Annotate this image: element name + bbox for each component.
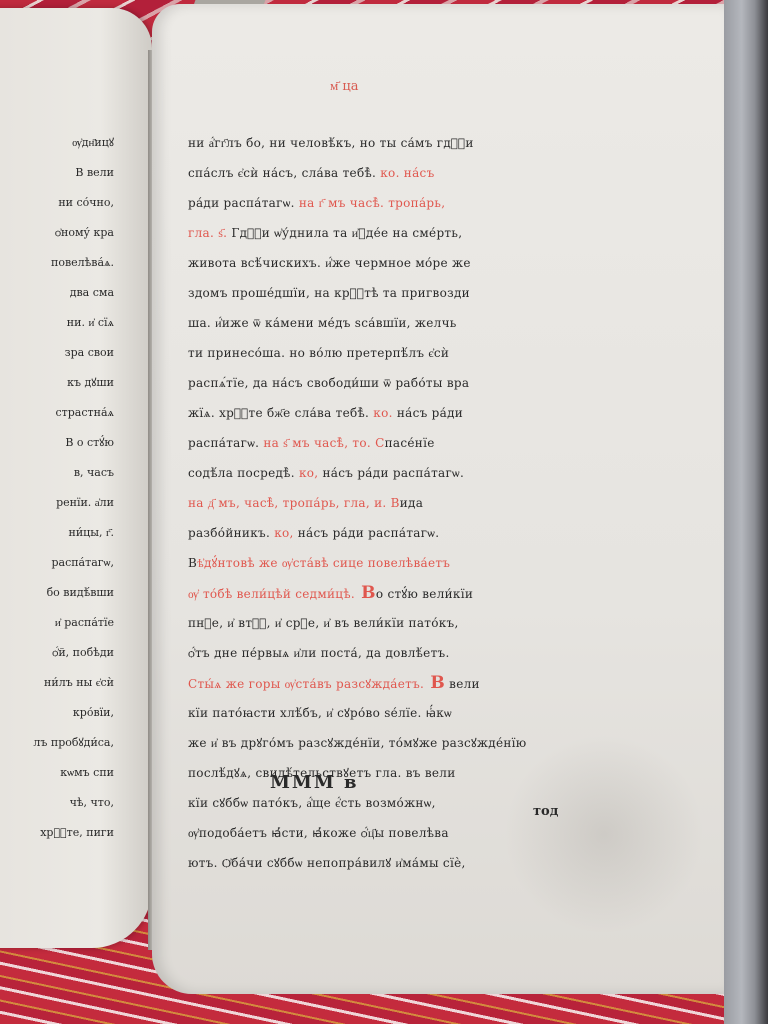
rubric-segment: ко,	[270, 526, 294, 540]
text-line: ѹ҆подоба́етъ ꙗ҆́сти, ꙗ҆́коже ѻ҆́ц҃ы пове…	[188, 818, 533, 848]
text-line: ни а҆́гг҃лъ бо, ни человѣ́къ, но ты са́м…	[188, 128, 533, 158]
text-line: ѻ҆́тъ дне пе́рвыѧ и҆ли поста́, да довлѣ́…	[188, 638, 533, 668]
rubric-segment: В	[424, 673, 445, 693]
right-page-text: ни а҆́гг҃лъ бо, ни человѣ́къ, но ты са́м…	[188, 128, 533, 878]
text-segment: на́съ ра́ди	[393, 406, 463, 420]
folio-number: м҃ ца	[330, 78, 358, 94]
text-segment: ѻ҆́тъ дне пе́рвыѧ и҆ли поста́, да довлѣ́…	[188, 646, 450, 660]
text-segment: пнⷣе, и҆ втⷪ҇, и҆ срⷣе, и҆ въ вели́кїи п…	[188, 616, 459, 630]
text-segment: кїи пато́ꙗсти хлѣ́бъ, и҆ сꙋро́во ѕе́лїе.…	[188, 706, 452, 720]
text-line: гла. ѕ҃. Гдⷭ҇и ѡ҆у́днила та и҆ꙋде́е на с…	[188, 218, 533, 248]
text-line: Вѣ҆дꙋ́нтовѣ же ѹ҆ста́вѣ сице повелѣва́ет…	[188, 548, 533, 578]
text-line: ютъ. Ѻ҆ба́чи сꙋббѡ непопра́вилꙋ и҆ма́мы …	[188, 848, 533, 878]
text-segment: здомъ проше́дшїи, на крⷭ҇тѣ та пригвозди	[188, 286, 470, 300]
text-line: ѻ҆ному́ кра	[0, 218, 140, 248]
text-line: послѣ́дꙋѧ, свидѣ́тельствꙋетъ гла. въ вел…	[188, 758, 533, 788]
text-line: повелѣва́ѧ.	[0, 248, 140, 278]
rubric-segment: на г҃ мъ часѣ̀. тропа́рь,	[295, 196, 446, 210]
text-segment: пасе́нїе	[385, 436, 435, 450]
text-segment: спа́слъ є҆сѝ на́съ, сла́ва тебѣ̀.	[188, 166, 376, 180]
text-line: ѹ҆ то́бѣ вели́цѣй седми́цѣ. Во стꙋ́ю вел…	[188, 578, 533, 608]
text-line: распа́тагѡ,	[0, 548, 140, 578]
text-line: ни́лъ ны є҆сѝ	[0, 668, 140, 698]
text-segment: ютъ. Ѻ҆ба́чи сꙋббѡ непопра́вилꙋ и҆ма́мы …	[188, 856, 466, 870]
text-segment: распѧ́тїе, да на́съ свободи́ши ѿ рабо́ты…	[188, 376, 469, 390]
text-line: на д҃ мъ, часѣ̀, тропа́рь, гла, и. Вида	[188, 488, 533, 518]
text-segment: же и҆ въ дрꙋго́мъ разсꙋжде́нїи, то́мꙋже …	[188, 736, 527, 750]
rubric-segment: ѹ҆ то́бѣ вели́цѣй седми́цѣ.	[188, 587, 355, 601]
text-line: здомъ проше́дшїи, на крⷭ҇тѣ та пригвозди	[188, 278, 533, 308]
rubric-segment: В	[355, 583, 376, 603]
rubric-segment: на д҃ мъ, часѣ̀, тропа́рь, гла, и. В	[188, 496, 400, 510]
book-page-edges	[724, 0, 768, 1024]
rubric-segment: Сты́ѧ же горы ѹ҆ста́въ разсꙋжда́етъ.	[188, 677, 424, 691]
text-line: ра́ди распа́тагѡ. на г҃ мъ часѣ̀. тропа́…	[188, 188, 533, 218]
text-segment: вели	[445, 677, 480, 691]
text-segment: ша. и҆́иже ѿ ка́мени ме́дъ ѕса́вшїи, жел…	[188, 316, 457, 330]
text-line: в, часъ	[0, 458, 140, 488]
rubric-segment: ѣ҆дꙋ́нтовѣ же ѹ҆ста́вѣ сице повелѣва́етъ	[197, 556, 450, 570]
text-line: же и҆ въ дрꙋго́мъ разсꙋжде́нїи, то́мꙋже …	[188, 728, 533, 758]
text-segment: жїѧ. хрⷭ҇те бж҃е сла́ва тебѣ̀.	[188, 406, 369, 420]
text-segment: Гдⷭ҇и ѡ҆у́днила та и҆ꙋде́е на сме́рть,	[227, 226, 462, 240]
text-segment: ѹ҆подоба́етъ ꙗ҆́сти, ꙗ҆́коже ѻ҆́ц҃ы пове…	[188, 826, 449, 840]
text-segment: на́съ ра́ди распа́тагѡ.	[318, 466, 464, 480]
text-line: ни́цы, г҃.	[0, 518, 140, 548]
text-line: В вели	[0, 158, 140, 188]
text-line: страстна́ѧ	[0, 398, 140, 428]
text-segment: ти принесо́ша. но во́лю претерпѣ́лъ є҆сѝ	[188, 346, 449, 360]
text-segment: ида	[400, 496, 423, 510]
text-segment: на́съ ра́ди распа́тагѡ.	[294, 526, 440, 540]
text-line: распа́тагѡ. на ѕ҃ мъ часѣ̀, то. Спасе́нї…	[188, 428, 533, 458]
left-page-text: ѹ҆дн҃ицꙋВ велини со́чно,ѻ҆ному́ краповел…	[0, 128, 140, 848]
text-line: ѹ҆дн҃ицꙋ	[0, 128, 140, 158]
rubric-segment: на ѕ҃ мъ часѣ̀, то. С	[259, 436, 384, 450]
text-line: хрⷭ҇те, пиги	[0, 818, 140, 848]
text-line: два сма	[0, 278, 140, 308]
left-page: ѹ҆дн҃ицꙋВ велини со́чно,ѻ҆ному́ краповел…	[0, 8, 152, 948]
text-line: лъ пробꙋди́са,	[0, 728, 140, 758]
text-line: живота всѣ́чискихъ. и҆́же чермное мо́ре …	[188, 248, 533, 278]
text-line: распѧ́тїе, да на́съ свободи́ши ѿ рабо́ты…	[188, 368, 533, 398]
text-line: ни со́чно,	[0, 188, 140, 218]
text-line: къ дꙋши	[0, 368, 140, 398]
signature-mark: ММM в	[270, 772, 359, 793]
text-line: бо видѣ́вши	[0, 578, 140, 608]
text-segment: ра́ди распа́тагѡ.	[188, 196, 295, 210]
text-segment: В	[188, 556, 197, 570]
text-line: кѡмъ спи	[0, 758, 140, 788]
text-segment: ни а҆́гг҃лъ бо, ни человѣ́къ, но ты са́м…	[188, 136, 474, 150]
text-segment: живота всѣ́чискихъ. и҆́же чермное мо́ре …	[188, 256, 471, 270]
text-line: кїи пато́ꙗсти хлѣ́бъ, и҆ сꙋро́во ѕе́лїе.…	[188, 698, 533, 728]
text-segment: о стꙋ́ю вели́кїи	[376, 587, 473, 601]
text-line: чѣ, что,	[0, 788, 140, 818]
text-line: Сты́ѧ же горы ѹ҆ста́въ разсꙋжда́етъ. В в…	[188, 668, 533, 698]
text-line: ни. и҆ сїѧ	[0, 308, 140, 338]
text-line: жїѧ. хрⷭ҇те бж҃е сла́ва тебѣ̀. ко. на́съ…	[188, 398, 533, 428]
text-line: ѻ҆́й, побѣди	[0, 638, 140, 668]
text-line: ша. и҆́иже ѿ ка́мени ме́дъ ѕса́вшїи, жел…	[188, 308, 533, 338]
text-line: ренїи. а҆ли	[0, 488, 140, 518]
text-line: разбо́йникъ. ко, на́съ ра́ди распа́тагѡ.	[188, 518, 533, 548]
text-line: кро́вїи,	[0, 698, 140, 728]
catchword: тод	[533, 804, 558, 819]
text-line: и҆ распа́тїе	[0, 608, 140, 638]
text-segment: разбо́йникъ.	[188, 526, 270, 540]
rubric-segment: ко,	[295, 466, 319, 480]
text-line: пнⷣе, и҆ втⷪ҇, и҆ срⷣе, и҆ въ вели́кїи п…	[188, 608, 533, 638]
page-stain	[504, 734, 704, 934]
text-line: кїи сꙋббѡ пато́къ, а҆́ще є҆́сть возмо́жн…	[188, 788, 533, 818]
rubric-segment: гла. ѕ҃.	[188, 226, 227, 240]
text-segment: содѣ́ла посредѣ̀.	[188, 466, 295, 480]
text-line: ти принесо́ша. но во́лю претерпѣ́лъ є҆сѝ	[188, 338, 533, 368]
rubric-segment: ко.	[369, 406, 393, 420]
text-line: зра свои	[0, 338, 140, 368]
text-line: В о стꙋ́ю	[0, 428, 140, 458]
text-segment: кїи сꙋббѡ пато́къ, а҆́ще є҆́сть возмо́жн…	[188, 796, 436, 810]
rubric-segment: ко. на́съ	[376, 166, 434, 180]
text-line: спа́слъ є҆сѝ на́съ, сла́ва тебѣ̀. ко. на…	[188, 158, 533, 188]
text-segment: распа́тагѡ.	[188, 436, 259, 450]
text-line: содѣ́ла посредѣ̀. ко, на́съ ра́ди распа́…	[188, 458, 533, 488]
